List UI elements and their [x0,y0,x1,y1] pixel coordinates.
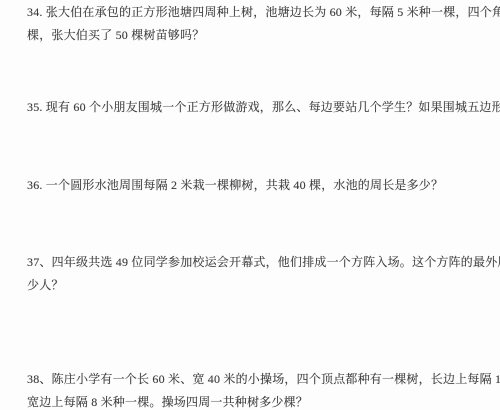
problem-34-line-1: 34. 张大伯在承包的正方形池塘四周种上树，池塘边长为 60 米，每隔 5 米种… [27,1,498,24]
problem-35-line-1: 35. 现有 60 个小朋友围城一个正方形做游戏，那么、每边要站几个学生？如果围… [27,96,498,119]
problem-34: 34. 张大伯在承包的正方形池塘四周种上树，池塘边长为 60 米，每隔 5 米种… [27,1,498,47]
worksheet-page: 34. 张大伯在承包的正方形池塘四周种上树，池塘边长为 60 米，每隔 5 米种… [0,0,500,410]
problem-37-line-2: 少人？ [27,274,498,297]
problem-37: 37、四年级共选 49 位同学参加校运会开幕式，他们排成一个方阵入场。这个方阵的… [27,251,498,297]
problem-36-line-1: 36. 一个圆形水池周围每隔 2 米栽一棵柳树，共栽 40 棵，水池的周长是多少… [27,174,498,197]
problem-38-line-2: 宽边上每隔 8 米种一棵。操场四周一共种树多少棵？ [27,391,498,410]
problem-35: 35. 现有 60 个小朋友围城一个正方形做游戏，那么、每边要站几个学生？如果围… [27,96,498,119]
problem-34-line-2: 棵，张大伯买了 50 棵树苗够吗？ [27,24,498,47]
problem-36: 36. 一个圆形水池周围每隔 2 米栽一棵柳树，共栽 40 棵，水池的周长是多少… [27,174,498,197]
problem-37-line-1: 37、四年级共选 49 位同学参加校运会开幕式，他们排成一个方阵入场。这个方阵的… [27,251,498,274]
problem-38: 38、陈庄小学有一个长 60 米、宽 40 米的小操场，四个顶点都种有一棵树，长… [27,368,498,410]
problem-38-line-1: 38、陈庄小学有一个长 60 米、宽 40 米的小操场，四个顶点都种有一棵树，长… [27,368,498,391]
